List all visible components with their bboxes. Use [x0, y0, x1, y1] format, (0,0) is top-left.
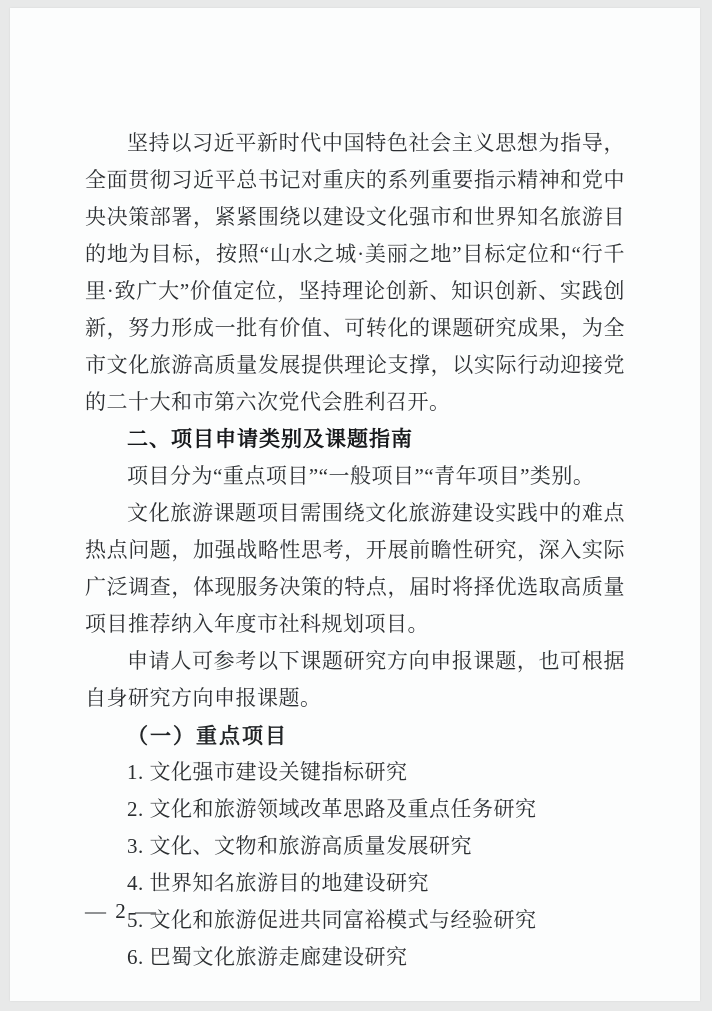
document-content: 坚持以习近平新时代中国特色社会主义思想为指导，全面贯彻习近平总书记对重庆的系列重…: [85, 125, 625, 976]
scanned-document-background: { "page": { "number_label": "— 2 —", "pa…: [0, 0, 712, 1011]
subsection-heading: （一）重点项目: [85, 717, 625, 754]
list-item: 6. 巴蜀文化旅游走廊建设研究: [85, 939, 625, 976]
list-item: 3. 文化、文物和旅游高质量发展研究: [85, 828, 625, 865]
page-number: — 2 —: [85, 896, 158, 926]
list-item: 2. 文化和旅游领域改革思路及重点任务研究: [85, 791, 625, 828]
section-heading: 二、项目申请类别及课题指南: [85, 421, 625, 458]
paragraph: 项目分为“重点项目”“一般项目”“青年项目”类别。: [85, 458, 625, 495]
paragraph: 文化旅游课题项目需围绕文化旅游建设实践中的难点热点问题，加强战略性思考，开展前瞻…: [85, 495, 625, 643]
document-page: 坚持以习近平新时代中国特色社会主义思想为指导，全面贯彻习近平总书记对重庆的系列重…: [10, 8, 700, 1001]
list-item: 5. 文化和旅游促进共同富裕模式与经验研究: [85, 902, 625, 939]
paragraph: 坚持以习近平新时代中国特色社会主义思想为指导，全面贯彻习近平总书记对重庆的系列重…: [85, 125, 625, 421]
list-item: 4. 世界知名旅游目的地建设研究: [85, 865, 625, 902]
paragraph: 申请人可参考以下课题研究方向申报课题，也可根据自身研究方向申报课题。: [85, 643, 625, 717]
list-item: 1. 文化强市建设关键指标研究: [85, 754, 625, 791]
